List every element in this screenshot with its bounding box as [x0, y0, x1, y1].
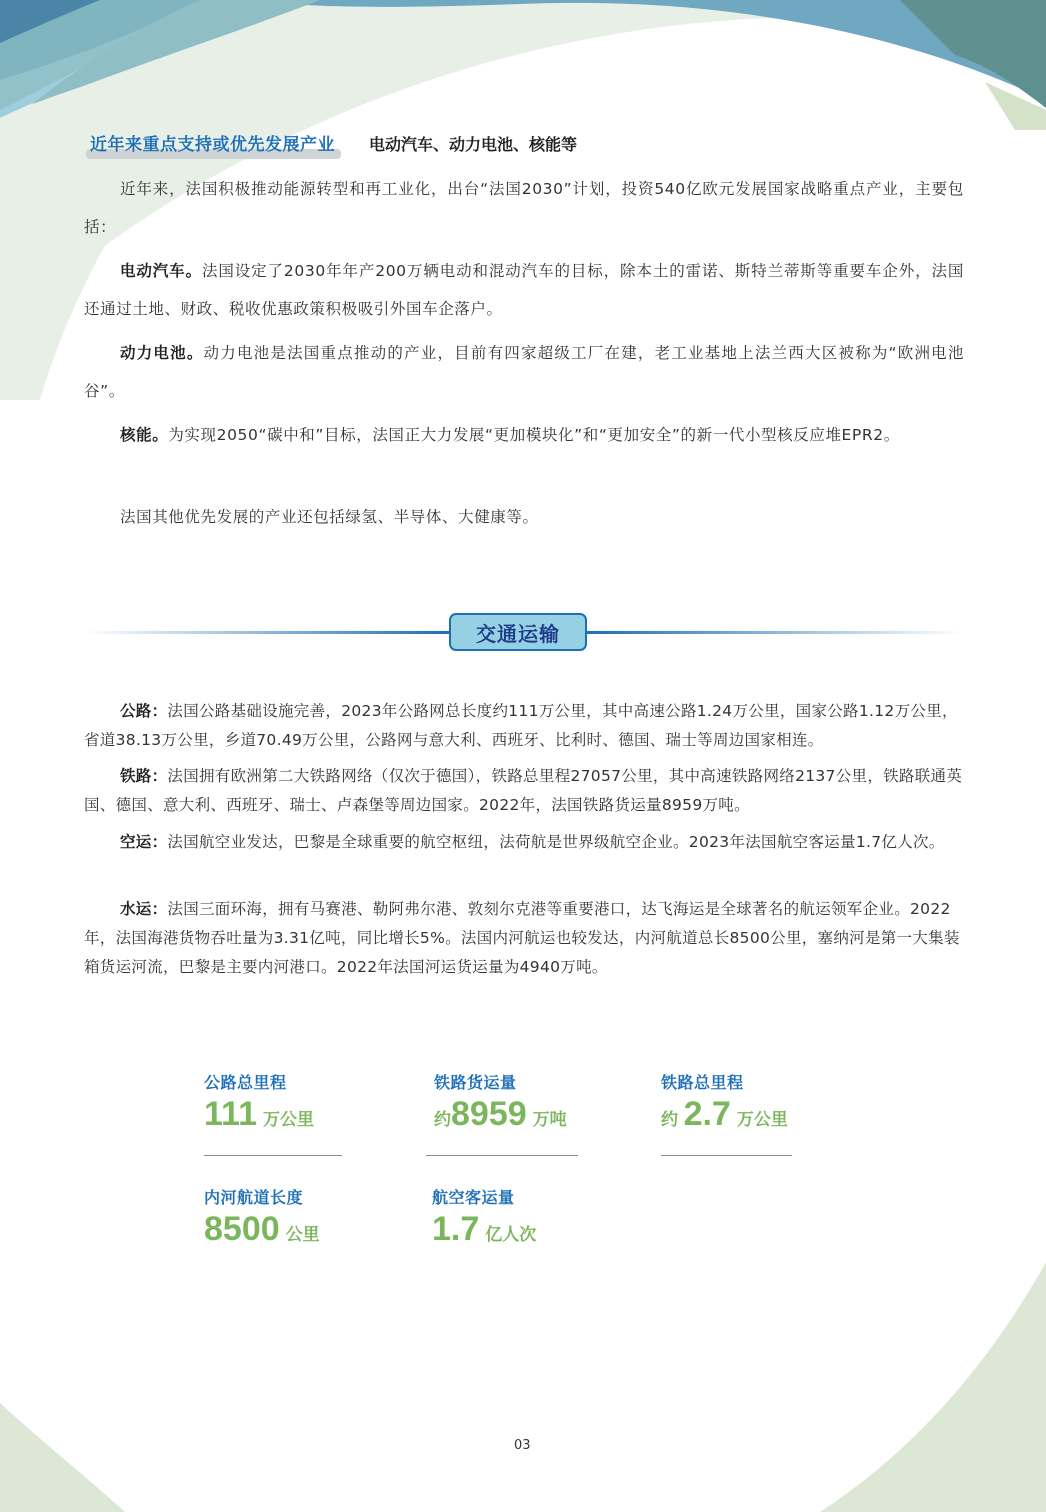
stat-divider	[426, 1155, 578, 1156]
transport-lead: 空运：	[120, 833, 167, 851]
stat-number: 8959	[451, 1095, 527, 1133]
transport-water: 水运：法国三面环海，拥有马赛港、勒阿弗尔港、敦刻尔克港等重要港口，达飞海运是全球…	[84, 895, 964, 982]
stat-air-passengers: 航空客运量 1.7亿人次	[432, 1185, 536, 1249]
transport-lead: 公路：	[120, 702, 167, 720]
divider-line	[586, 631, 964, 634]
stat-divider	[204, 1155, 342, 1156]
stat-label: 铁路总里程	[661, 1070, 788, 1093]
industry-item-text: 为实现2050“碳中和”目标，法国正大力发展“更加模块化”和“更加安全”的新一代…	[168, 426, 900, 444]
stat-prefix: 约	[661, 1110, 678, 1130]
industry-item-lead: 电动汽车。	[120, 262, 202, 280]
transport-text: 法国航空业发达，巴黎是全球重要的航空枢纽，法荷航是世界级航空企业。2023年法国…	[167, 833, 944, 851]
industries-intro: 近年来，法国积极推动能源转型和再工业化，出台“法国2030”计划，投资540亿欧…	[84, 170, 964, 246]
stat-label: 公路总里程	[204, 1070, 314, 1093]
stat-inland-waterway: 内河航道长度 8500公里	[204, 1185, 320, 1249]
key-industries-tag: 近年来重点支持或优先发展产业	[86, 128, 341, 159]
stat-number: 2.7	[684, 1095, 731, 1133]
stat-rail-freight: 铁路货运量 约8959万吨	[434, 1070, 567, 1134]
section-title: 交通运输	[449, 613, 587, 651]
page-content: 近年来重点支持或优先发展产业 电动汽车、动力电池、核能等 近年来，法国积极推动能…	[0, 0, 1046, 1512]
industry-item-text: 法国设定了2030年年产200万辆电动和混动汽车的目标，除本土的雷诺、斯特兰蒂斯…	[84, 262, 964, 318]
key-industries-row: 近年来重点支持或优先发展产业 电动汽车、动力电池、核能等	[86, 128, 577, 159]
stat-unit: 万公里	[737, 1110, 788, 1130]
stat-rail-length: 铁路总里程 约 2.7万公里	[661, 1070, 788, 1134]
transport-lead: 铁路：	[120, 767, 167, 785]
stat-unit: 公里	[286, 1225, 320, 1245]
transport-text: 法国拥有欧洲第二大铁路网络（仅次于德国），铁路总里程27057公里，其中高速铁路…	[84, 767, 962, 814]
divider-line	[84, 631, 450, 634]
industry-item-battery: 动力电池。动力电池是法国重点推动的产业，目前有四家超级工厂在建，老工业基地上法兰…	[84, 334, 964, 410]
stat-unit: 亿人次	[485, 1225, 536, 1245]
stat-number: 1.7	[432, 1210, 479, 1248]
stat-unit: 万吨	[533, 1110, 567, 1130]
key-industries-value: 电动汽车、动力电池、核能等	[369, 132, 577, 155]
industry-item-text: 动力电池是法国重点推动的产业，目前有四家超级工厂在建，老工业基地上法兰西大区被称…	[84, 344, 964, 400]
stat-unit: 万公里	[263, 1110, 314, 1130]
transport-text: 法国公路基础设施完善，2023年公路网总长度约111万公里，其中高速公路1.24…	[84, 702, 958, 749]
stat-label: 铁路货运量	[434, 1070, 567, 1093]
industry-item-lead: 动力电池。	[120, 344, 204, 362]
stat-road-length: 公路总里程 111万公里	[204, 1070, 314, 1134]
transport-text: 法国三面环海，拥有马赛港、勒阿弗尔港、敦刻尔克港等重要港口，达飞海运是全球著名的…	[84, 900, 960, 976]
stat-number: 8500	[204, 1210, 280, 1248]
transport-rail: 铁路：法国拥有欧洲第二大铁路网络（仅次于德国），铁路总里程27057公里，其中高…	[84, 762, 964, 820]
transport-section-header: 交通运输	[84, 613, 964, 651]
industry-item-ev: 电动汽车。法国设定了2030年年产200万辆电动和混动汽车的目标，除本土的雷诺、…	[84, 252, 964, 328]
industry-item-nuclear: 核能。为实现2050“碳中和”目标，法国正大力发展“更加模块化”和“更加安全”的…	[84, 416, 964, 454]
stat-number: 111	[204, 1095, 257, 1133]
stat-label: 航空客运量	[432, 1185, 536, 1208]
stat-prefix: 约	[434, 1110, 451, 1130]
stat-label: 内河航道长度	[204, 1185, 320, 1208]
transport-lead: 水运：	[120, 900, 167, 918]
page-number: 03	[514, 1438, 531, 1453]
transport-air: 空运：法国航空业发达，巴黎是全球重要的航空枢纽，法荷航是世界级航空企业。2023…	[84, 828, 964, 857]
industry-item-lead: 核能。	[120, 426, 168, 444]
transport-road: 公路：法国公路基础设施完善，2023年公路网总长度约111万公里，其中高速公路1…	[84, 697, 964, 755]
stat-divider	[661, 1155, 792, 1156]
industries-closing: 法国其他优先发展的产业还包括绿氢、半导体、大健康等。	[84, 498, 964, 536]
